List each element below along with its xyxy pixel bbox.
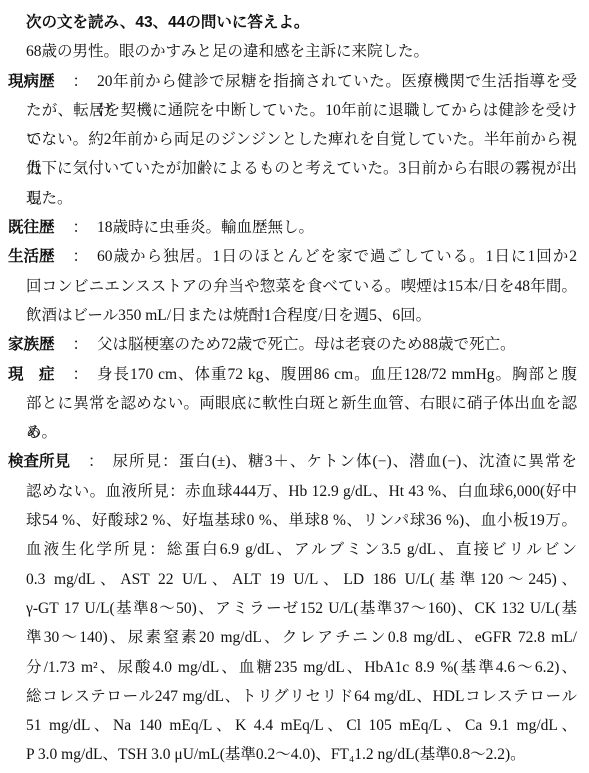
section-family-history-heading: 家族歴 ： 父は脳梗塞のため72歳で死亡。母は老衰のため88歳で死亡。 xyxy=(8,330,577,359)
section-family-history-colon: ： xyxy=(73,330,89,359)
hpi-line-1: たが、転居を契機に通院を中断していた。10年前に退職してからは健診を受けて xyxy=(26,96,577,125)
social-history-line-0: 60歳から独居。1日のほとんどを家で過ごしている。1日に1回か2 xyxy=(97,242,577,271)
section-past-history-colon: ： xyxy=(73,213,89,242)
hpi-line-3: 低下に気付いていたが加齢によるものと考えていた。3日前から右眼の霧視が出現 xyxy=(26,154,577,183)
lab-findings-line-3: 血液生化学所見：総蛋白6.9 g/dL、アルブミン3.5 g/dL、直接ビリルビ… xyxy=(26,535,577,564)
section-social-history-label: 生活歴 xyxy=(8,242,55,271)
lab-findings-line-0: 尿所見：蛋白(±)、糖3＋、ケトン体(−)、潜血(−)、沈渣に異常を xyxy=(113,447,577,476)
question-instruction: 次の文を読み、43、44の問いに答えよ。 xyxy=(26,8,577,37)
section-lab-findings-heading: 検査所見 ： 尿所見：蛋白(±)、糖3＋、ケトン体(−)、潜血(−)、沈渣に異常… xyxy=(8,447,577,476)
lab-findings-line-8: 総コレステロール247 mg/dL、トリグリセリド64 mg/dL、HDLコレス… xyxy=(26,682,577,711)
social-history-line-1: 回コンビニエンスストアの弁当や惣菜を食べている。喫煙は15本/日を48年間。 xyxy=(26,272,577,301)
family-history-line-0: 父は脳梗塞のため72歳で死亡。母は老衰のため88歳で死亡。 xyxy=(97,330,577,359)
physical-findings-line-1: 部とに異常を認めない。両眼底に軟性白斑と新生血管、右眼に硝子体出血を認め xyxy=(26,389,577,418)
section-past-history-label: 既往歴 xyxy=(8,213,55,242)
section-lab-findings-colon: ： xyxy=(88,447,104,476)
section-physical-findings-label: 現 症 xyxy=(8,360,55,389)
section-social-history-colon: ： xyxy=(73,242,89,271)
section-physical-findings-colon: ： xyxy=(73,360,89,389)
lab-findings-line-5: γ-GT 17 U/L(基準8～50)、アミラーゼ152 U/L(基準37～16… xyxy=(26,594,577,623)
lab-findings-line-4: 0.3 mg/dL、AST 22 U/L、ALT 19 U/L、LD 186 U… xyxy=(26,565,577,594)
hpi-line-2: いない。約2年前から両足のジンジンとした痺れを自覚していた。半年前から視力 xyxy=(26,125,577,154)
exam-question-page: 次の文を読み、43、44の問いに答えよ。 68歳の男性。眼のかすみと足の違和感を… xyxy=(0,0,589,773)
section-past-history-heading: 既往歴 ： 18歳時に虫垂炎。輸血歴無し。 xyxy=(8,213,577,242)
section-hpi-heading: 現病歴 ： 20年前から健診で尿糖を指摘されていた。医療機関で生活指導を受け xyxy=(8,67,577,96)
physical-findings-line-0: 身長170 cm、体重72 kg、腹囲86 cm。血圧128/72 mmHg。胸… xyxy=(97,360,577,389)
section-social-history-heading: 生活歴 ： 60歳から独居。1日のほとんどを家で過ごしている。1日に1回か2 xyxy=(8,242,577,271)
physical-findings-line-2: る。 xyxy=(26,418,577,447)
patient-intro: 68歳の男性。眼のかすみと足の違和感を主訴に来院した。 xyxy=(26,37,577,66)
section-physical-findings-heading: 現 症 ： 身長170 cm、体重72 kg、腹囲86 cm。血圧128/72 … xyxy=(8,360,577,389)
section-hpi-label: 現病歴 xyxy=(8,67,55,96)
lab-findings-line-2: 球54 %、好酸球2 %、好塩基球0 %、単球8 %、リンパ球36 %)、血小板… xyxy=(26,506,577,535)
section-lab-findings-label: 検査所見 xyxy=(8,447,70,476)
lab-findings-line-7: 分/1.73 m²、尿酸4.0 mg/dL、血糖235 mg/dL、HbA1c … xyxy=(26,653,577,682)
lab-findings-line-9: 51 mg/dL、Na 140 mEq/L、K 4.4 mEq/L、Cl 105… xyxy=(26,711,577,740)
social-history-line-2: 飲酒はビール350 mL/日または焼酎1合程度/日を週5、6回。 xyxy=(26,301,577,330)
section-hpi-colon: ： xyxy=(73,67,89,96)
section-family-history-label: 家族歴 xyxy=(8,330,55,359)
past-history-line-0: 18歳時に虫垂炎。輸血歴無し。 xyxy=(97,213,577,242)
hpi-line-4: した。 xyxy=(26,184,577,213)
lab-findings-line-6: 準30～140)、尿素窒素20 mg/dL、クレアチニン0.8 mg/dL、eG… xyxy=(26,623,577,652)
lab-findings-line-10: P 3.0 mg/dL、TSH 3.0 μU/mL(基準0.2～4.0)、FT₄… xyxy=(26,740,577,769)
lab-findings-line-1: 認めない。血液所見：赤血球444万、Hb 12.9 g/dL、Ht 43 %、白… xyxy=(26,477,577,506)
